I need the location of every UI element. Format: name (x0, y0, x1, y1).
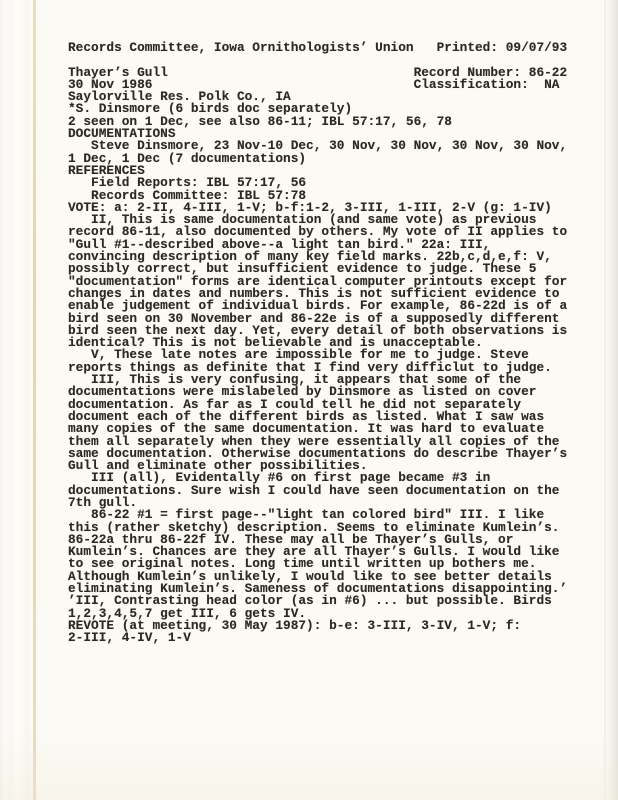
left-edge-streaks (0, 0, 33, 800)
document-header-text: Records Committee, Iowa Ornithologists’ … (68, 42, 588, 128)
bottom-paper-tint (0, 730, 618, 800)
document-text: Records Committee, Iowa Ornithologists’ … (68, 42, 588, 645)
document-body-text: DOCUMENTATIONS Steve Dinsmore, 23 Nov-10… (68, 128, 588, 644)
right-edge-shadow (606, 0, 618, 800)
page-fold-line (33, 0, 36, 800)
scanned-page: Records Committee, Iowa Ornithologists’ … (0, 0, 618, 800)
